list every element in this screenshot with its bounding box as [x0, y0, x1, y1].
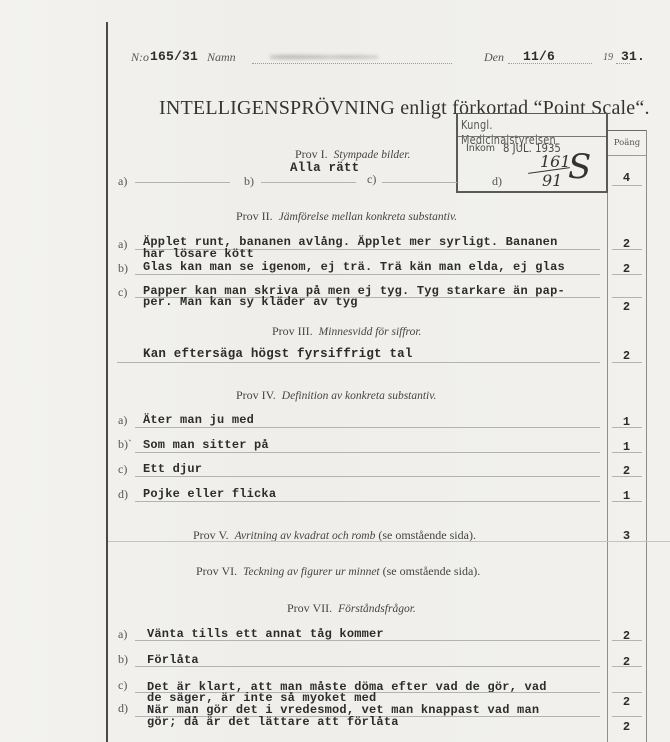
test-7-answer-d-line2: gör; då är det lättare att förlåta — [147, 717, 399, 728]
test-7-label-d: d) — [118, 701, 128, 716]
test-1-line-b — [261, 182, 356, 183]
test-7-answer-a: Vänta tills ett annat tåg kommer — [147, 629, 384, 640]
test-7-score-d: 2 — [607, 720, 646, 734]
test-2-answer-a-line2: har lösare kött — [143, 249, 254, 260]
test-3-answer: Kan eftersäga högst fyrsiffrigt tal — [143, 349, 413, 360]
score-column-right-rule — [646, 130, 647, 742]
date-label: Den — [484, 50, 504, 65]
test-7-heading: Prov VII. Förståndsfrågor. — [287, 601, 416, 616]
test-7-line-a — [135, 640, 600, 641]
score-header-rule — [607, 155, 647, 156]
test-7-score-d-upper-line — [612, 716, 642, 717]
test-4-score-a-line — [612, 427, 642, 428]
stamp-handwritten-bottom: 91 — [542, 171, 562, 190]
test-2-score-c: 2 — [607, 300, 646, 314]
test-7-score-b-line — [612, 666, 642, 667]
stamp-received-label: Inkom — [466, 143, 495, 154]
test-3-line — [117, 362, 600, 363]
stamp-divider — [458, 136, 606, 137]
test-4-label-a: a) — [118, 413, 127, 428]
test-5-score: 3 — [607, 529, 646, 543]
test-1-score-line — [612, 185, 642, 186]
test-7-answer-b: Förlåta — [147, 655, 199, 666]
test-6-heading: Prov VI. Teckning av figurer ur minnet (… — [196, 564, 480, 579]
test-1-label-b: b) — [244, 174, 254, 189]
test-year: 31. — [621, 49, 645, 64]
test-4-score-b-line — [612, 452, 642, 453]
left-margin-rule — [106, 22, 108, 742]
test-4-label-d: d) — [118, 487, 128, 502]
year-prefix: 19 — [603, 52, 613, 63]
test-1-label-c: c) — [367, 172, 376, 187]
test-4-score-c-line — [612, 476, 642, 477]
test-4-line-b — [135, 452, 600, 453]
test-2-label-b: b) — [118, 261, 128, 276]
test-7-score-c-upper-line — [612, 692, 642, 693]
test-2-answer-c-line2: per. Man kan sy kläder av tyg — [143, 297, 358, 308]
test-7-score-c: 2 — [607, 695, 646, 709]
test-5-line — [108, 541, 670, 542]
test-2-label-a: a) — [118, 237, 127, 252]
test-1-line-c — [382, 182, 457, 183]
test-1-heading: Prov I. Stympade bilder. — [295, 147, 410, 162]
score-column-top-rule — [607, 130, 647, 131]
test-7-label-a: a) — [118, 627, 127, 642]
test-2-score-b-line — [612, 274, 642, 275]
test-4-label-b: b)` — [118, 437, 132, 452]
test-1-answer: Alla rätt — [290, 163, 359, 174]
test-7-label-b: b) — [118, 652, 128, 667]
case-number: 165/31 — [150, 49, 198, 64]
test-4-answer-c: Ett djur — [143, 464, 202, 475]
score-column-left-rule — [607, 130, 608, 742]
test-1-score: 4 — [607, 171, 646, 185]
test-4-line-c — [135, 476, 600, 477]
test-4-line-d — [135, 501, 600, 502]
received-stamp: Kungl. Medicinalstyrelsen Inkom 8 JUL. 1… — [456, 113, 608, 193]
test-4-answer-d: Pojke eller flicka — [143, 489, 276, 500]
test-4-heading: Prov IV. Definition av konkreta substant… — [236, 388, 436, 403]
test-date: 11/6 — [523, 49, 555, 64]
test-7-label-c: c) — [118, 678, 127, 693]
test-1-label-a: a) — [118, 174, 127, 189]
test-7-score-a-line — [612, 640, 642, 641]
test-1-line-a — [135, 182, 230, 183]
test-2-label-c: c) — [118, 285, 127, 300]
test-3-score-line — [612, 362, 642, 363]
test-1-label-d: d) — [492, 174, 502, 189]
number-label: N:o — [131, 50, 149, 65]
stamp-handwritten-mark: S — [568, 150, 591, 184]
name-field-line — [252, 63, 452, 64]
score-column-header: Poäng — [609, 138, 645, 148]
test-2-heading: Prov II. Jämförelse mellan konkreta subs… — [236, 209, 457, 224]
test-4-label-c: c) — [118, 462, 127, 477]
test-4-answer-a: Äter man ju med — [143, 415, 254, 426]
test-2-answer-b: Glas kan man se igenom, ej trä. Trä kän … — [143, 262, 565, 273]
test-4-score-d-line — [612, 501, 642, 502]
test-7-line-b — [135, 666, 600, 667]
test-2-score-c-upper-line — [612, 297, 642, 298]
test-4-line-a — [135, 427, 600, 428]
test-4-answer-b: Som man sitter på — [143, 440, 269, 451]
name-label: Namn — [207, 50, 236, 65]
redacted-name — [270, 51, 378, 63]
test-2-score-a-line — [612, 249, 642, 250]
test-2-line-b — [135, 274, 600, 275]
test-3-score: 2 — [607, 349, 646, 363]
test-3-heading: Prov III. Minnesvidd för siffror. — [272, 324, 421, 339]
